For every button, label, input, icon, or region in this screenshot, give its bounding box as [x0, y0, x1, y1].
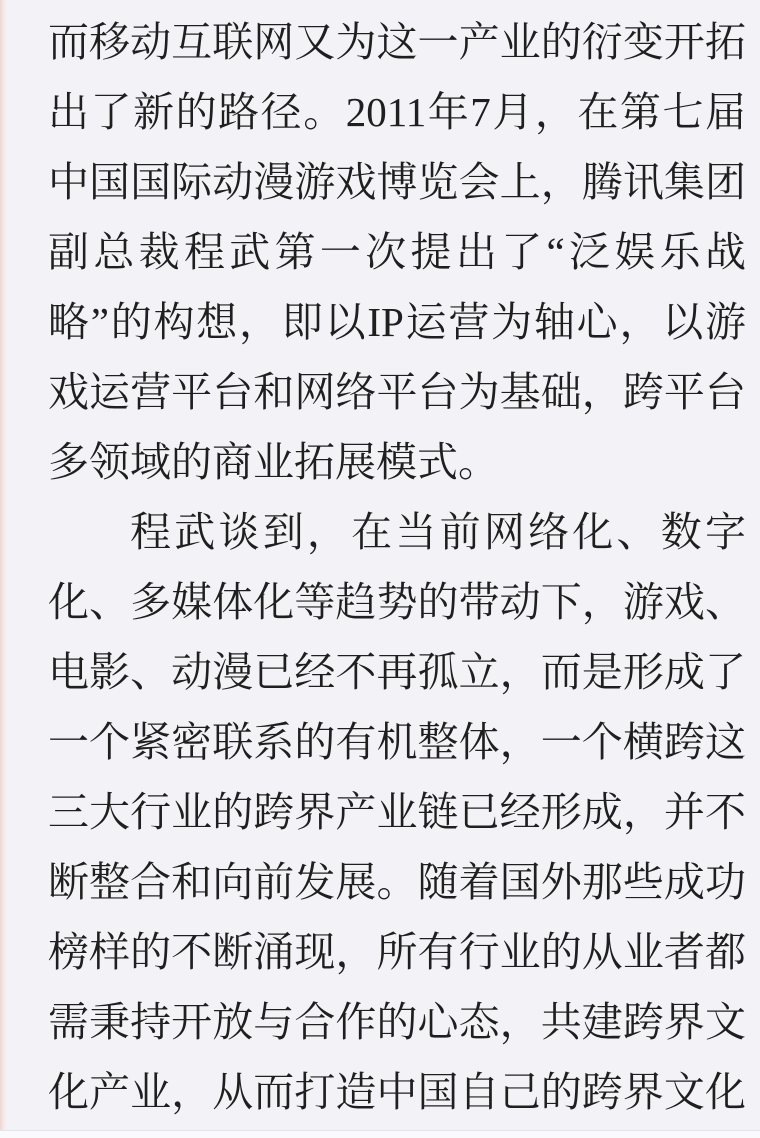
page-text: 而移动互联网又为这一产业的衍变开拓 出了新的路径。2011年7月，在第七届 中国… — [48, 7, 746, 1127]
text-line: 榜样的不断涌现，所有行业的从业者都 — [48, 917, 746, 987]
text-line: 化、多媒体化等趋势的带动下，游戏、 — [48, 567, 746, 637]
page-left-edge-shading — [0, 0, 7, 1138]
text-line paragraph-end: 多领域的商业拓展模式。 — [48, 427, 746, 497]
text-line paragraph-start: 程武谈到，在当前网络化、数字 — [48, 497, 746, 567]
text-line: 化产业，从而打造中国自己的跨界文化 — [48, 1057, 746, 1127]
text-line: 中国国际动漫游戏博览会上，腾讯集团 — [48, 147, 746, 217]
text-line: 而移动互联网又为这一产业的衍变开拓 — [48, 7, 746, 77]
text-line: 一个紧密联系的有机整体，一个横跨这 — [48, 707, 746, 777]
text-line: 戏运营平台和网络平台为基础，跨平台 — [48, 357, 746, 427]
ebook-page[interactable]: 而移动互联网又为这一产业的衍变开拓 出了新的路径。2011年7月，在第七届 中国… — [0, 0, 760, 1138]
text-line: 副总裁程武第一次提出了“泛娱乐战 — [48, 217, 746, 287]
text-line: 需秉持开放与合作的心态，共建跨界文 — [48, 987, 746, 1057]
text-line: 略”的构想，即以IP运营为轴心，以游 — [48, 287, 746, 357]
text-line: 出了新的路径。2011年7月，在第七届 — [48, 77, 746, 147]
page-bottom-edge — [0, 1130, 760, 1138]
text-line: 电影、动漫已经不再孤立，而是形成了 — [48, 637, 746, 707]
text-line: 断整合和向前发展。随着国外那些成功 — [48, 847, 746, 917]
text-line: 三大行业的跨界产业链已经形成，并不 — [48, 777, 746, 847]
